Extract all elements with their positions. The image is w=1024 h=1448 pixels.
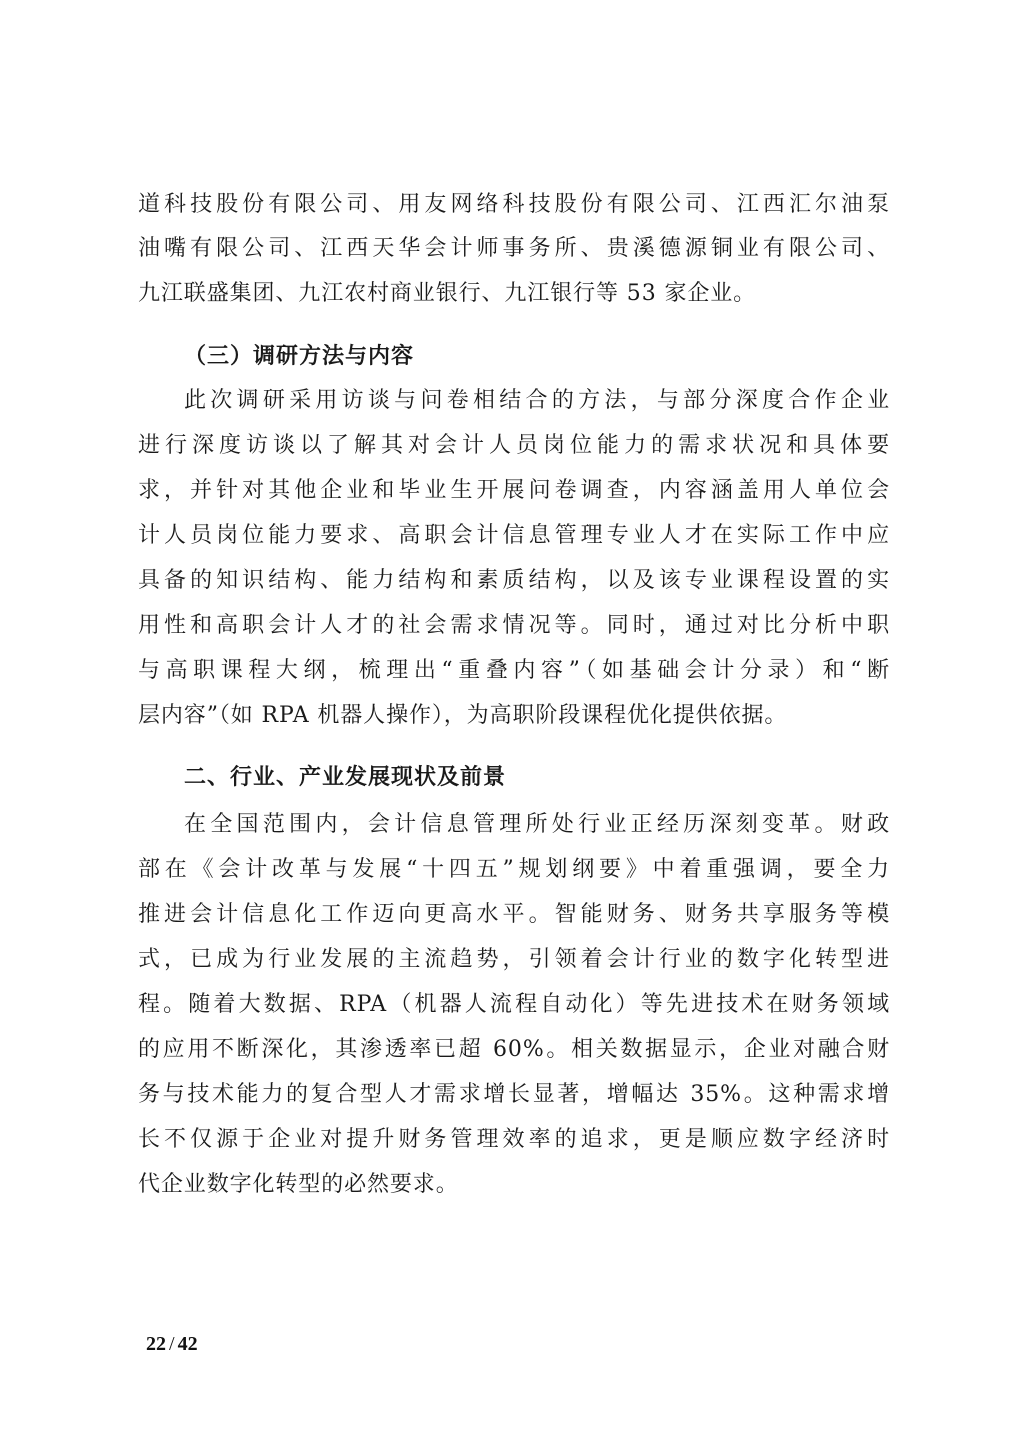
paragraph-line: 与高职课程大纲，梳理出“重叠内容”（如基础会计分录）和“断	[138, 656, 890, 686]
paragraph-line: 进行深度访谈以了解其对会计人员岗位能力的需求状况和具体要	[138, 431, 890, 461]
paragraph-line: 务与技术能力的复合型人才需求增长显著，增幅达 35%。这种需求增	[138, 1080, 890, 1110]
paragraph-line: 油嘴有限公司、江西天华会计师事务所、贵溪德源铜业有限公司、	[138, 234, 890, 264]
paragraph-line: 求，并针对其他企业和毕业生开展问卷调查，内容涵盖用人单位会	[138, 476, 890, 506]
total-pages-number: 42	[178, 1333, 198, 1355]
page-number: 22/42	[146, 1331, 198, 1357]
page-separator: /	[169, 1333, 175, 1355]
paragraph-line: 的应用不断深化，其渗透率已超 60%。相关数据显示，企业对融合财	[138, 1035, 890, 1065]
paragraph-line: 计人员岗位能力要求、高职会计信息管理专业人才在实际工作中应	[138, 521, 890, 551]
paragraph-line: 具备的知识结构、能力结构和素质结构，以及该专业课程设置的实	[138, 566, 890, 596]
paragraph-line: 用性和高职会计人才的社会需求情况等。同时，通过对比分析中职	[138, 611, 890, 641]
paragraph-line: 代企业数字化转型的必然要求。	[138, 1170, 459, 1200]
section-heading: 二、行业、产业发展现状及前景	[184, 763, 506, 793]
paragraph-line: 此次调研采用访谈与问卷相结合的方法，与部分深度合作企业	[184, 386, 890, 416]
paragraph-line: 在全国范围内，会计信息管理所处行业正经历深刻变革。财政	[184, 810, 890, 840]
paragraph-line: 程。随着大数据、RPA（机器人流程自动化）等先进技术在财务领域	[138, 990, 890, 1020]
current-page-number: 22	[146, 1333, 166, 1355]
paragraph-line: 长不仅源于企业对提升财务管理效率的追求，更是顺应数字经济时	[138, 1125, 890, 1155]
paragraph-line: 部在《会计改革与发展“十四五”规划纲要》中着重强调，要全力	[138, 855, 890, 885]
section-heading: （三）调研方法与内容	[184, 342, 414, 372]
paragraph-line: 层内容”（如 RPA 机器人操作），为高职阶段课程优化提供依据。	[138, 701, 787, 731]
paragraph-line: 式，已成为行业发展的主流趋势，引领着会计行业的数字化转型进	[138, 945, 890, 975]
paragraph-line: 推进会计信息化工作迈向更高水平。智能财务、财务共享服务等模	[138, 900, 890, 930]
paragraph-line: 道科技股份有限公司、用友网络科技股份有限公司、江西汇尔油泵	[138, 190, 890, 220]
paragraph-line: 九江联盛集团、九江农村商业银行、九江银行等 53 家企业。	[138, 279, 756, 309]
